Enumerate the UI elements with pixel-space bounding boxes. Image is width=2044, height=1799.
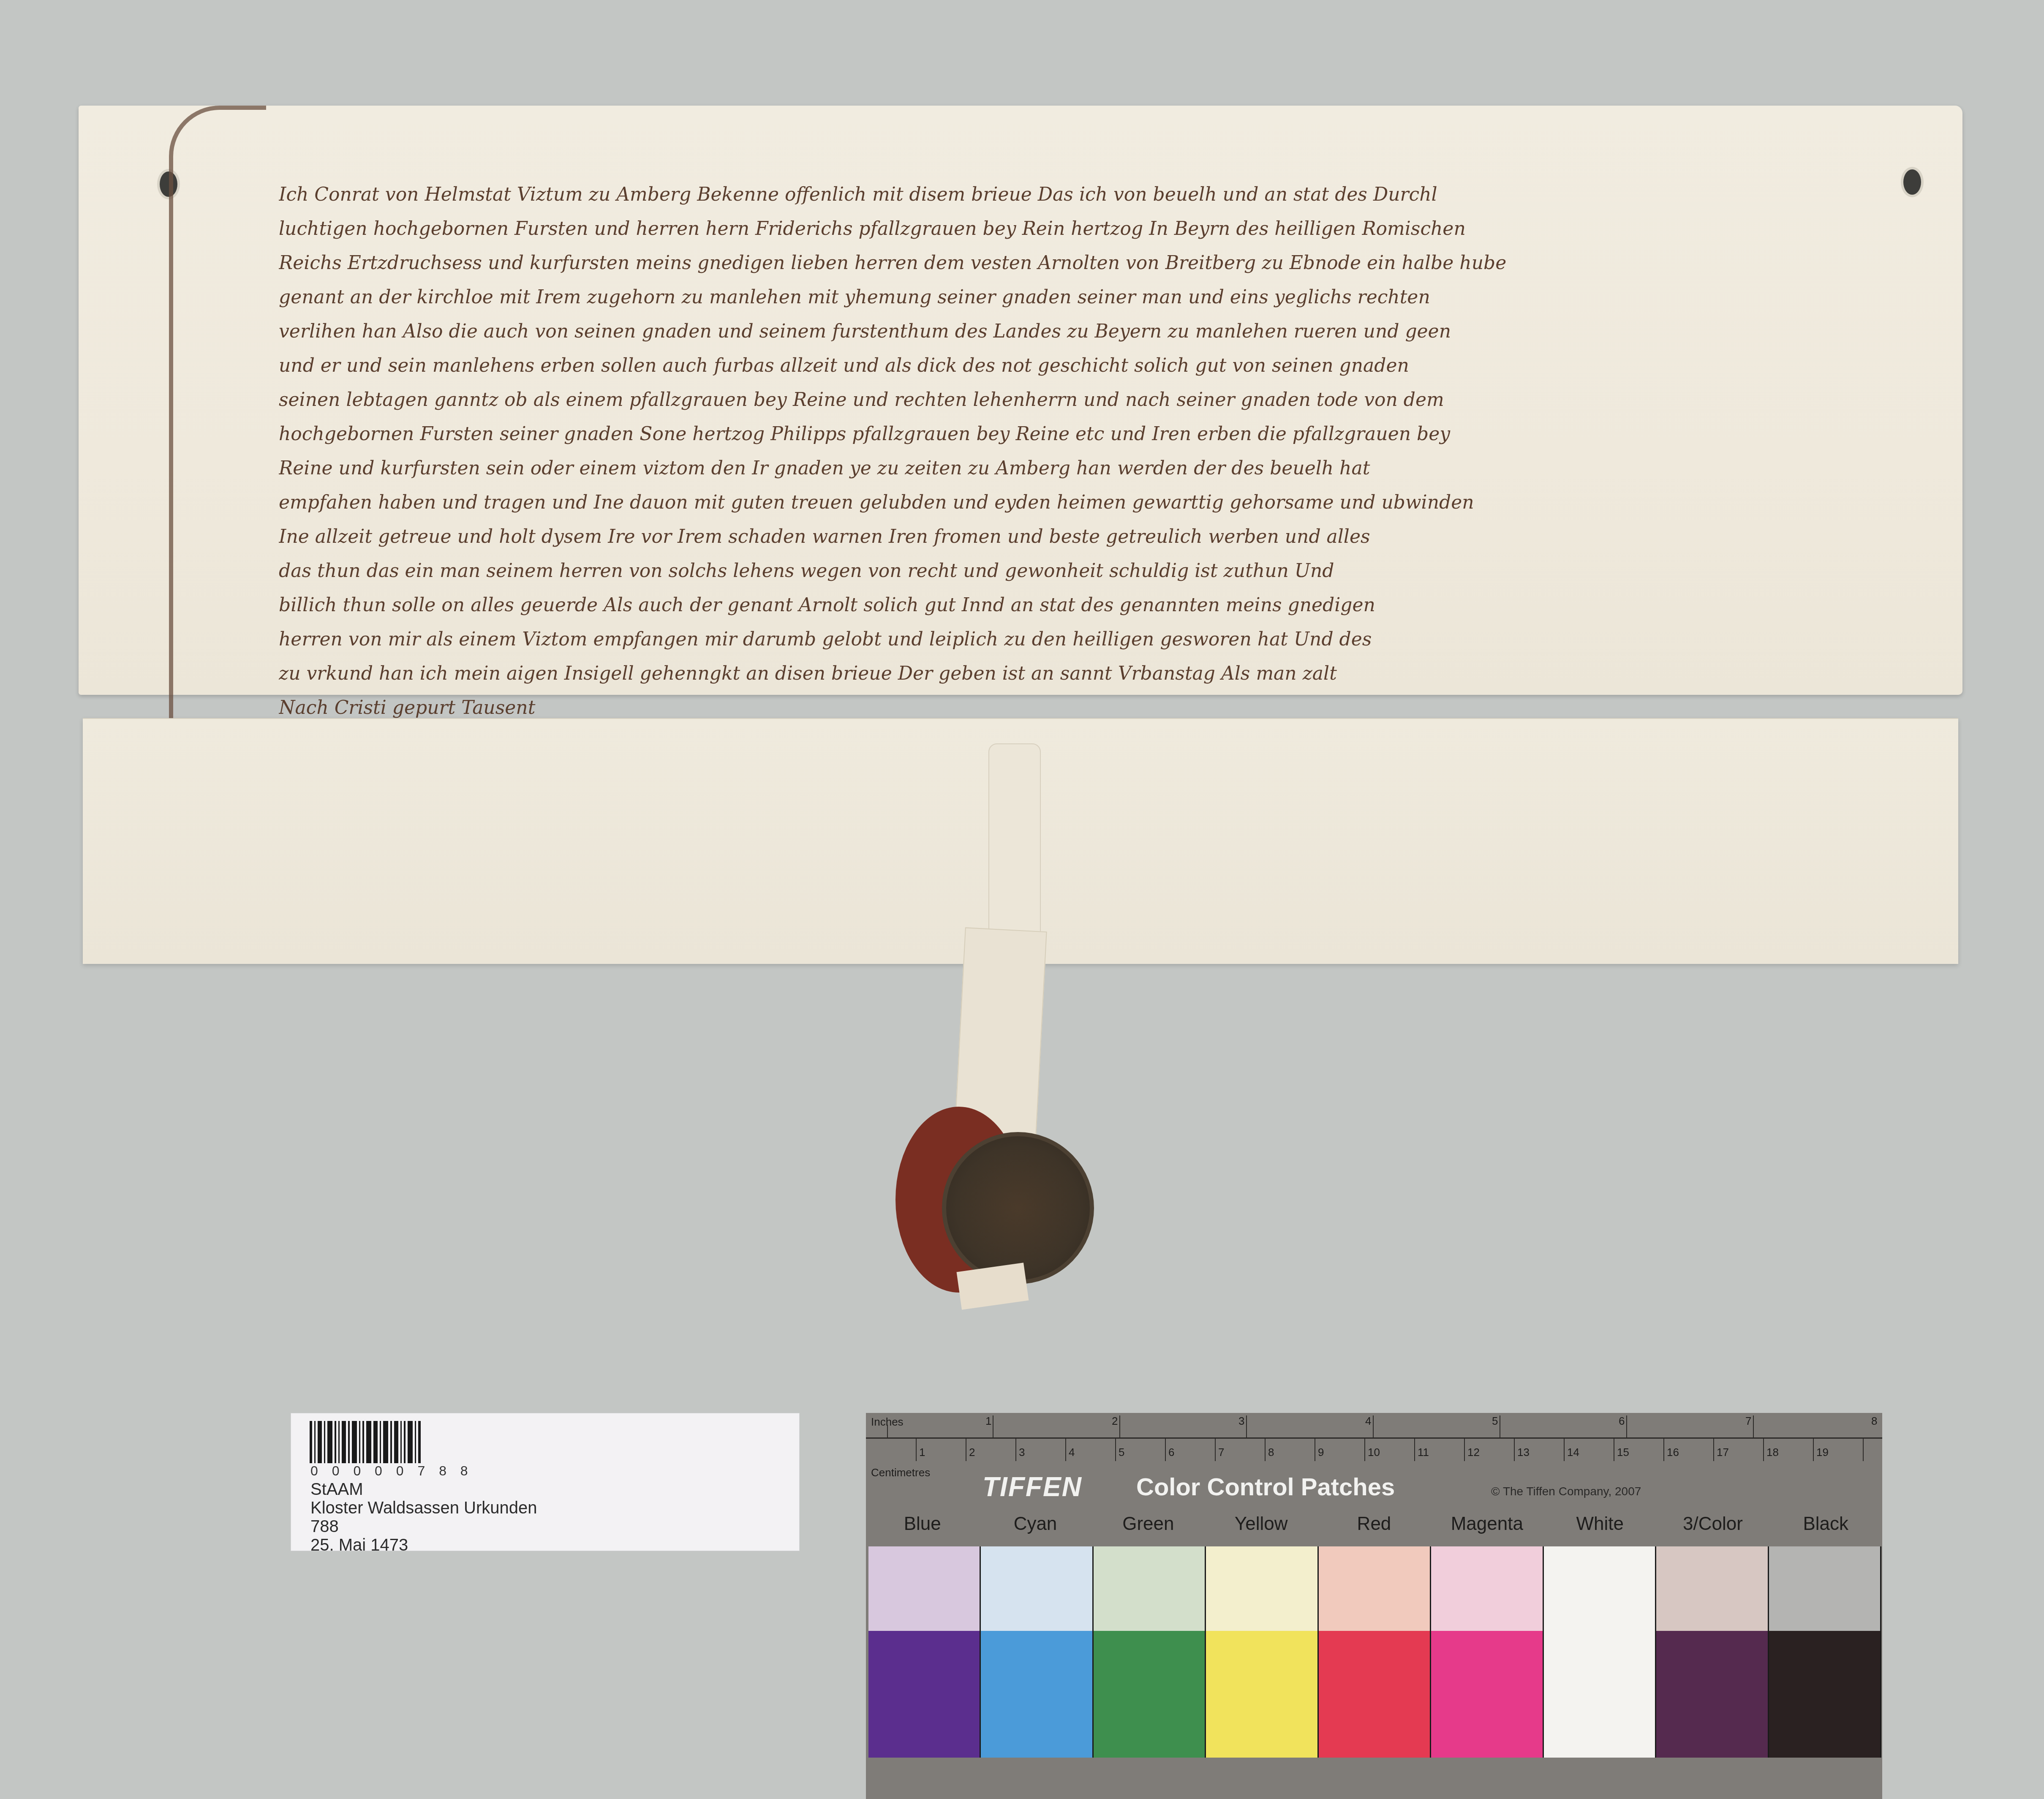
patch-name: Blue [866,1513,979,1535]
decorated-initial [169,106,266,743]
manuscript-text: Ich Conrat von Helmstat Viztum zu Amberg… [279,177,1926,725]
color-patch-dark [1431,1631,1543,1758]
text-line: luchtigen hochgebornen Fursten und herre… [279,212,1926,246]
text-line: seinen lebtagen ganntz ob als einem pfal… [279,383,1926,417]
color-calibration-chart: Inches 1 2 3 4 5 6 7 8 1 2 3 4 5 6 7 8 9… [866,1413,1882,1799]
color-patch-dark [981,1631,1093,1758]
color-patch-light [1544,1546,1656,1631]
wax-seal [942,1132,1094,1284]
color-patches [868,1546,1881,1758]
tiffen-logo: TIFFEN [983,1471,1082,1502]
text-line: Ich Conrat von Helmstat Viztum zu Amberg… [279,177,1926,212]
document-date: 25. Mai 1473 [310,1536,537,1554]
color-patch-light [1431,1546,1543,1631]
archive-label: 0 0 0 0 0 7 8 8 StAAM Kloster Waldsassen… [291,1413,800,1551]
color-patch-light [1656,1546,1769,1631]
patch-name: Green [1092,1513,1205,1535]
color-patch-light [1206,1546,1318,1631]
archive-name: StAAM [310,1480,537,1499]
text-line: hochgebornen Fursten seiner gnaden Sone … [279,417,1926,451]
color-patch-light [1094,1546,1206,1631]
patch-names: Blue Cyan Green Yellow Red Magenta White… [866,1513,1882,1535]
text-line: Reichs Ertzdruchsess und kurfursten mein… [279,246,1926,280]
text-line: Ine allzeit getreue und holt dysem Ire v… [279,520,1926,554]
collection-name: Kloster Waldsassen Urkunden [310,1499,537,1517]
color-patch-light [868,1546,981,1631]
color-patch-light [1769,1546,1881,1631]
text-line: herren von mir als einem Viztom empfange… [279,622,1926,656]
cm-ruler: 1 2 3 4 5 6 7 8 9 10 11 12 13 14 15 16 1… [866,1437,1882,1463]
patch-name: Red [1317,1513,1430,1535]
text-line: empfahen haben und tragen und Ine dauon … [279,485,1926,520]
color-patch-dark [868,1631,981,1758]
patch-name: White [1543,1513,1656,1535]
patch-name: Black [1769,1513,1882,1535]
chart-title: Color Control Patches [1136,1473,1395,1501]
color-patch-dark [1769,1631,1881,1758]
text-line: verlihen han Also die auch von seinen gn… [279,314,1926,348]
patch-name: Cyan [979,1513,1091,1535]
copyright: © The Tiffen Company, 2007 [1491,1485,1641,1498]
patch-name: 3/Color [1656,1513,1769,1535]
barcode-number: 0 0 0 0 0 7 8 8 [310,1463,473,1479]
color-patch-dark [1319,1631,1431,1758]
text-line: das thun das ein man seinem herren von s… [279,554,1926,588]
inch-ruler: Inches 1 2 3 4 5 6 7 8 [866,1413,1882,1439]
text-line: Reine und kurfursten sein oder einem viz… [279,451,1926,485]
text-line: genant an der kirchloe mit Irem zugehorn… [279,280,1926,314]
color-patch-dark [1206,1631,1318,1758]
text-line: und er und sein manlehens erben sollen a… [279,348,1926,383]
color-patch-light [981,1546,1093,1631]
patch-name: Yellow [1205,1513,1317,1535]
text-line: zu vrkund han ich mein aigen Insigell ge… [279,656,1926,691]
color-patch-dark [1656,1631,1769,1758]
patch-name: Magenta [1431,1513,1543,1535]
centimetres-label: Centimetres [871,1466,930,1479]
document-number: 788 [310,1517,537,1536]
text-line: billich thun solle on alles geuerde Als … [279,588,1926,622]
barcode [310,1421,421,1463]
color-patch-dark [1544,1631,1656,1758]
color-patch-dark [1094,1631,1206,1758]
color-patch-light [1319,1546,1431,1631]
